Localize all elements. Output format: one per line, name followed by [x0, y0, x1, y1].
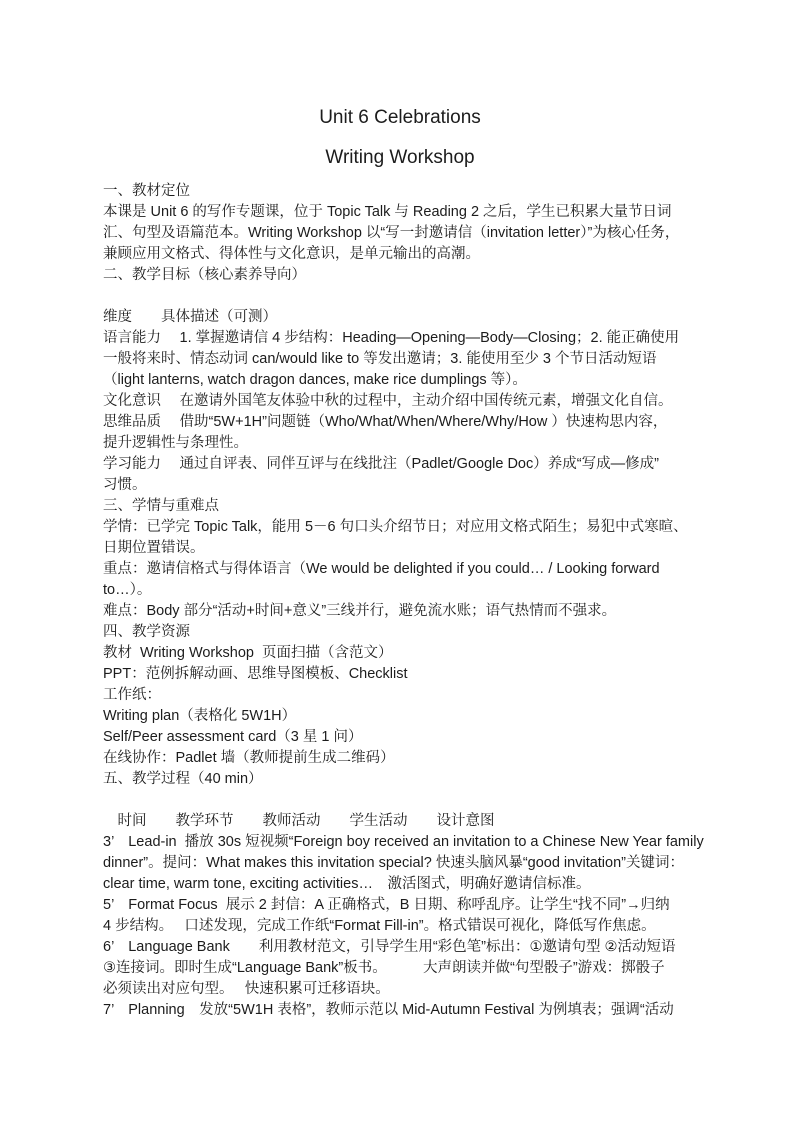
doc-line: 学习能力 通过自评表、同伴互评与在线批注（Padlet/Google Doc）养…	[103, 454, 697, 475]
doc-line: 一般将来时、情态动词 can/would like to 等发出邀请；3. 能使…	[103, 349, 697, 370]
doc-line: clear time, warm tone, exciting activiti…	[103, 874, 697, 895]
doc-line: 维度 具体描述（可测）	[103, 307, 697, 328]
doc-line: 6’ Language Bank 利用教材范文，引导学生用“彩色笔”标出：①邀请…	[103, 937, 697, 958]
doc-line: 在线协作：Padlet 墙（教师提前生成二维码）	[103, 748, 697, 769]
doc-line: 5’ Format Focus 展示 2 封信：A 正确格式，B 日期、称呼乱序…	[103, 895, 697, 916]
doc-line: ③连接词。即时生成“Language Bank”板书。 大声朗读并做“句型骰子”…	[103, 958, 697, 979]
doc-line: 习惯。	[103, 475, 697, 496]
doc-line: 语言能力 1. 掌握邀请信 4 步结构：Heading—Opening—Body…	[103, 328, 697, 349]
doc-line: Self/Peer assessment card（3 星 1 问）	[103, 727, 697, 748]
doc-subtitle: Writing Workshop	[103, 138, 697, 178]
doc-line: 文化意识 在邀请外国笔友体验中秋的过程中，主动介绍中国传统元素，增强文化自信。	[103, 391, 697, 412]
doc-line: 提升逻辑性与条理性。	[103, 433, 697, 454]
doc-line: dinner”。提问：What makes this invitation sp…	[103, 853, 697, 874]
doc-line: 难点：Body 部分“活动+时间+意义”三线并行，避免流水账；语气热情而不强求。	[103, 601, 697, 622]
section-heading: 三、学情与重难点	[103, 496, 697, 517]
blank-line	[103, 286, 697, 307]
section-heading: 四、教学资源	[103, 622, 697, 643]
doc-line: Writing plan（表格化 5W1H）	[103, 706, 697, 727]
doc-line: 4 步结构。 口述发现，完成工作纸“Format Fill-in”。格式错误可视…	[103, 916, 697, 937]
doc-title: Unit 6 Celebrations	[103, 98, 697, 138]
doc-line: 重点：邀请信格式与得体语言（We would be delighted if y…	[103, 559, 697, 580]
doc-line: 7’ Planning 发放“5W1H 表格”，教师示范以 Mid-Autumn…	[103, 1000, 697, 1021]
doc-line: 学情：已学完 Topic Talk，能用 5－6 句口头介绍节日；对应用文格式陌…	[103, 517, 697, 538]
doc-line: 教材 Writing Workshop 页面扫描（含范文）	[103, 643, 697, 664]
doc-line: 必须读出对应句型。 快速积累可迁移语块。	[103, 979, 697, 1000]
table-header-line: 时间 教学环节 教师活动 学生活动 设计意图	[103, 811, 697, 832]
doc-line: 工作纸：	[103, 685, 697, 706]
doc-line: to…）。	[103, 580, 697, 601]
doc-line: PPT：范例拆解动画、思维导图模板、Checklist	[103, 664, 697, 685]
doc-line: （light lanterns, watch dragon dances, ma…	[103, 370, 697, 391]
section-heading: 一、教材定位	[103, 181, 697, 202]
document-page: Unit 6 Celebrations Writing Workshop 一、教…	[0, 0, 794, 1123]
blank-line	[103, 790, 697, 811]
doc-line: 本课是 Unit 6 的写作专题课，位于 Topic Talk 与 Readin…	[103, 202, 697, 223]
document-content: Unit 6 Celebrations Writing Workshop 一、教…	[103, 98, 697, 1021]
doc-line: 汇、句型及语篇范本。Writing Workshop 以“写一封邀请信（invi…	[103, 223, 697, 244]
doc-line: 思维品质 借助“5W+1H”问题链（Who/What/When/Where/Wh…	[103, 412, 697, 433]
doc-line: 兼顾应用文格式、得体性与文化意识，是单元输出的高潮。	[103, 244, 697, 265]
doc-line: 3’ Lead-in 播放 30s 短视频“Foreign boy receiv…	[103, 832, 697, 853]
section-heading: 二、教学目标（核心素养导向）	[103, 265, 697, 286]
document-body: 一、教材定位 本课是 Unit 6 的写作专题课，位于 Topic Talk 与…	[103, 181, 697, 1021]
doc-line: 日期位置错误。	[103, 538, 697, 559]
section-heading: 五、教学过程（40 min）	[103, 769, 697, 790]
